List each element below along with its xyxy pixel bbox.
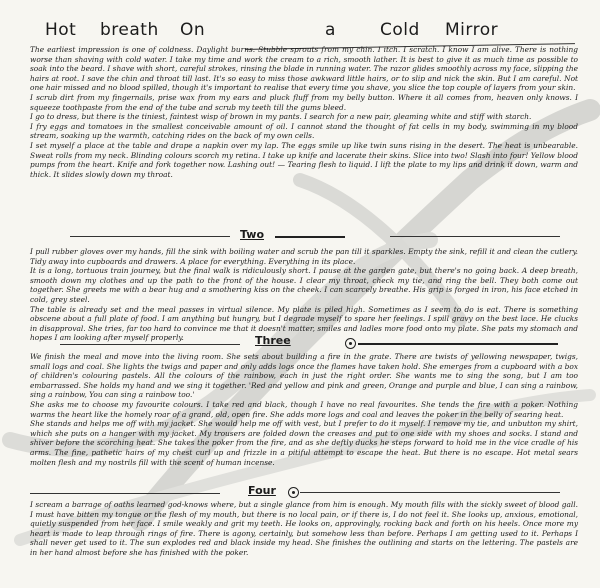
paragraph: I scream a barrage of oaths learned god-… [30, 500, 578, 558]
paragraph: I fry eggs and tomatoes in the smallest … [30, 122, 578, 141]
handwritten-manuscript-page: Hot breath On a Cold Mirror The earliest… [0, 0, 600, 588]
section-divider [390, 236, 560, 237]
section-heading-four: Four [248, 484, 276, 498]
title-word-hot: Hot [45, 20, 76, 40]
paragraph: She asks me to choose my favourite colou… [30, 400, 578, 419]
section-four-text: I scream a barrage of oaths learned god-… [30, 500, 578, 558]
paragraph: I pull rubber gloves over my hands, fill… [30, 247, 578, 266]
paragraph: We finish the meal and move into the liv… [30, 352, 578, 400]
title-word-on: On [180, 20, 205, 40]
circle-ornament-icon [288, 487, 299, 498]
section-divider [275, 236, 345, 238]
paragraph: The table is already set and the meal pa… [30, 305, 578, 343]
paragraph: She stands and helps me off with my jack… [30, 419, 578, 467]
section-divider [300, 492, 560, 493]
paragraph: I scrub dirt from my fingernails, prise … [30, 93, 578, 112]
section-three-text: We finish the meal and move into the liv… [30, 352, 578, 467]
paragraph: The earliest impression is one of coldne… [30, 45, 578, 93]
paragraph: I set myself a place at the table and dr… [30, 141, 578, 179]
section-one-text: The earliest impression is one of coldne… [30, 45, 578, 179]
section-divider [30, 493, 220, 494]
title-word-a: a [325, 20, 336, 40]
title-word-cold: Cold [380, 20, 420, 40]
circle-ornament-icon [345, 338, 356, 349]
title-word-breath: breath [100, 20, 159, 40]
section-divider [70, 236, 230, 237]
section-divider [60, 344, 240, 345]
manuscript-title: Hot breath On a Cold Mirror [45, 14, 565, 44]
paragraph: I go to dress, but there is the tiniest,… [30, 112, 578, 122]
title-word-mirror: Mirror [445, 20, 498, 40]
section-divider [358, 343, 558, 345]
section-heading-three: Three [255, 334, 291, 348]
section-heading-two: Two [240, 228, 264, 242]
paragraph: It is a long, tortuous train journey, bu… [30, 266, 578, 304]
section-two-text: I pull rubber gloves over my hands, fill… [30, 247, 578, 343]
